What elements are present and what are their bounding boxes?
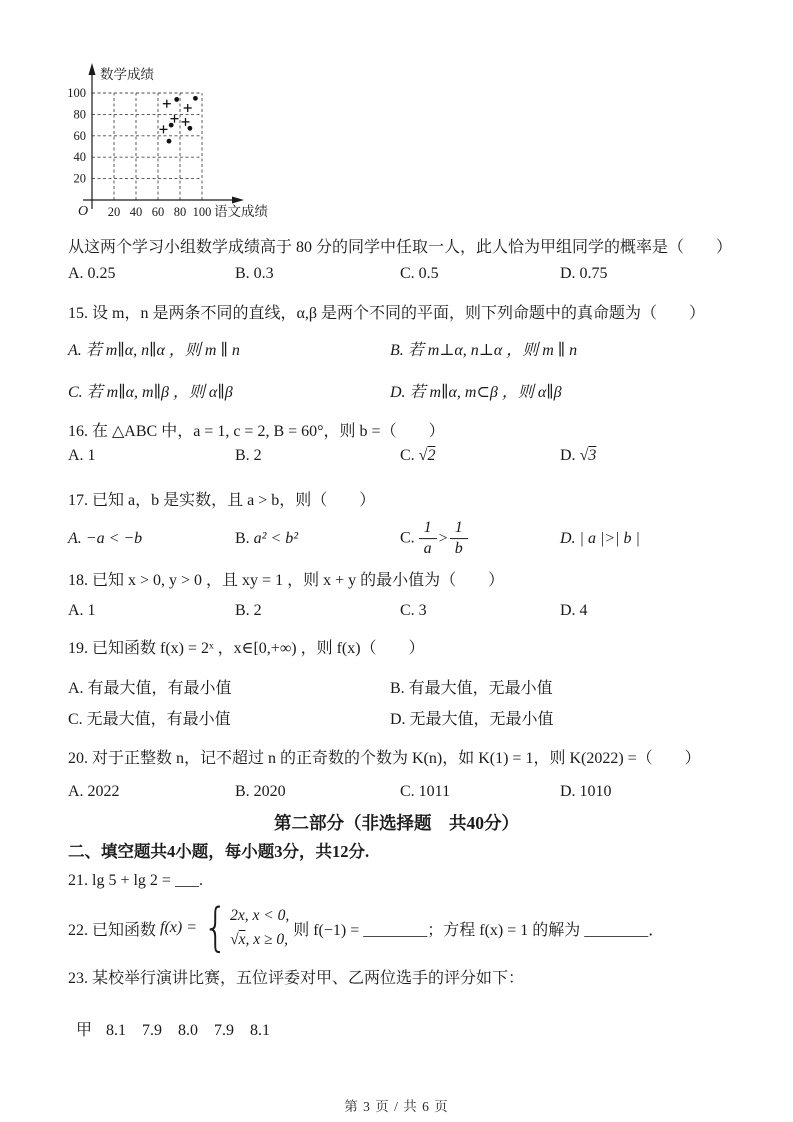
svg-text:20: 20 (108, 205, 121, 219)
question-20-options: A. 2022 B. 2020 C. 1011 D. 1010 (68, 783, 748, 807)
question-23-stem: 23. 某校举行演讲比赛，五位评委对甲、乙两位选手的评分如下： (68, 965, 524, 988)
question-16-options: A. 1 B. 2 C. √2 D. √3 (68, 447, 748, 471)
option-b: B. 有最大值，无最小值 (390, 675, 553, 698)
svg-text:40: 40 (130, 205, 143, 219)
option-d: D. √3 (560, 447, 596, 465)
svg-text:20: 20 (74, 172, 87, 186)
left-brace: { (203, 905, 228, 952)
exam-page: { "chart_data": { "type": "scatter", "ti… (0, 0, 793, 1122)
option-b: B. 2020 (235, 783, 286, 801)
score-scatter-chart: 2040608010020406080100数学成绩语文成绩O (60, 58, 340, 230)
option-b: B. 2 (235, 602, 262, 620)
option-a: A. −a < −b (68, 530, 142, 548)
question-14-options: A. 0.25 B. 0.3 C. 0.5 D. 0.75 (68, 265, 748, 289)
option-c: C. 1011 (400, 783, 450, 801)
score-values: 8.1 7.9 8.0 7.9 8.1 (106, 1022, 270, 1039)
option-a: A. 0.25 (68, 265, 116, 283)
question-23-scores-row: 甲8.1 7.9 8.0 7.9 8.1 (68, 999, 270, 1040)
option-d: D. | a |>| b | (560, 530, 640, 548)
question-15-options-row1: A. 若 m∥α, n∥α ，则 m ∥ n B. 若 m⊥α, n⊥α ，则 … (68, 337, 748, 361)
sqrt-sign: √ (230, 931, 239, 948)
option-c: C. √2 (400, 447, 435, 465)
question-21: 21. lg 5 + lg 2 = ___. (68, 872, 203, 890)
option-a: A. 2022 (68, 783, 120, 801)
question-19-options-row1: A. 有最大值，有最小值 B. 有最大值，无最小值 (68, 675, 748, 699)
option-c: C. 若 m∥α, m∥β ，则 α∥β (68, 379, 233, 402)
question-18-stem: 18. 已知 x > 0, y > 0 ，且 xy = 1 ，则 x + y 的… (68, 567, 504, 590)
case-2: √x, x ≥ 0, (230, 928, 289, 952)
option-c: C. 3 (400, 602, 427, 620)
option-d: D. 若 m∥α, m⊂β ，则 α∥β (390, 379, 562, 402)
contestant-label: 甲 (76, 1022, 92, 1039)
question-20-stem: 20. 对于正整数 n，记不超过 n 的正奇数的个数为 K(n)，如 K(1) … (68, 745, 701, 768)
option-c: C. 1a>1b (400, 519, 468, 559)
case-1: 2x, x < 0, (230, 904, 289, 928)
question-15-stem: 15. 设 m，n 是两条不同的直线，α,β 是两个不同的平面，则下列命题中的真… (68, 300, 705, 323)
svg-text:语文成绩: 语文成绩 (214, 203, 268, 219)
option-b: B. 若 m⊥α, n⊥α ，则 m ∥ n (390, 337, 577, 360)
q22-prefix: 22. 已知函数 (68, 917, 160, 940)
option-c: C. 0.5 (400, 265, 439, 283)
option-a: A. 若 m∥α, n∥α ，则 m ∥ n (68, 337, 240, 360)
question-19-options-row2: C. 无最大值，有最小值 D. 无最大值，无最小值 (68, 706, 748, 730)
svg-text:80: 80 (74, 107, 87, 121)
option-c: C. 无最大值，有最小值 (68, 706, 231, 729)
question-22: 22. 已知函数 f(x) = { 2x, x < 0, √x, x ≥ 0, … (68, 898, 664, 958)
question-19-stem: 19. 已知函数 f(x) = 2ˣ ，x∈[0,+∞) ，则 f(x)（ ） (68, 635, 425, 658)
question-15-options-row2: C. 若 m∥α, m∥β ，则 α∥β D. 若 m∥α, m⊂β ，则 α∥… (68, 379, 748, 403)
svg-text:数学成绩: 数学成绩 (100, 66, 154, 82)
question-17-options: A. −a < −b B. a² < b² C. 1a>1b D. | a |>… (68, 513, 748, 565)
question-16-stem: 16. 在 △ABC 中，a = 1, c = 2, B = 60°，则 b =… (68, 418, 445, 441)
option-a: A. 1 (68, 602, 96, 620)
q22-fx: f(x) = (160, 919, 197, 937)
svg-text:O: O (78, 204, 88, 219)
option-d: D. 无最大值，无最小值 (390, 706, 554, 729)
part2-title: 第二部分（非选择题 共40分） (0, 810, 793, 835)
svg-text:80: 80 (174, 205, 187, 219)
question-18-options: A. 1 B. 2 C. 3 D. 4 (68, 602, 748, 626)
option-b: B. 2 (235, 447, 262, 465)
page-number-footer: 第 3 页 / 共 6 页 (0, 1095, 793, 1115)
fill-blank-section-header: 二、填空题共4小题，每小题3分，共12分. (68, 838, 369, 862)
question-17-stem: 17. 已知 a，b 是实数，且 a > b，则（ ） (68, 487, 375, 510)
q22-tail: 则 f(−1) = ________；方程 f(x) = 1 的解为 _____… (289, 917, 664, 940)
fraction: 1a (419, 519, 437, 559)
option-d: D. 1010 (560, 783, 612, 801)
option-a: A. 有最大值，有最小值 (68, 675, 232, 698)
option-b: B. 0.3 (235, 265, 274, 283)
fraction: 1b (450, 519, 468, 559)
option-d: D. 4 (560, 602, 588, 620)
option-a: A. 1 (68, 447, 96, 465)
svg-text:40: 40 (74, 150, 87, 164)
svg-text:60: 60 (152, 205, 165, 219)
svg-text:60: 60 (74, 129, 87, 143)
option-d: D. 0.75 (560, 265, 608, 283)
question-14-stem: 从这两个学习小组数学成绩高于 80 分的同学中任取一人，此人恰为甲组同学的概率是… (68, 234, 732, 257)
piecewise-cases: 2x, x < 0, √x, x ≥ 0, (230, 904, 289, 952)
option-b: B. a² < b² (235, 530, 298, 548)
svg-text:100: 100 (193, 205, 212, 219)
svg-text:100: 100 (67, 86, 86, 100)
